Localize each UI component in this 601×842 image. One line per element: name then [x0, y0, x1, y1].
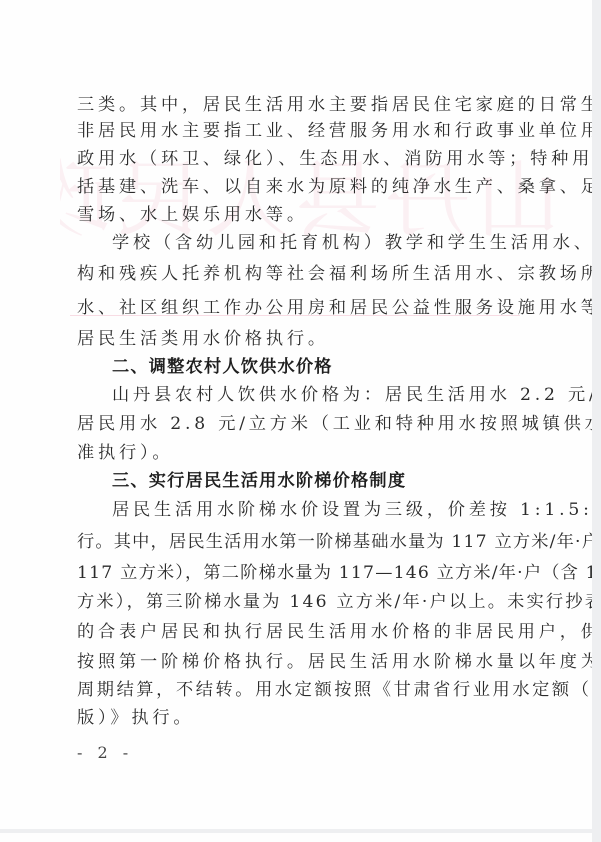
next-page-edge [0, 833, 592, 842]
paragraph-line: 三类。其中，居民生活用水主要指居民住宅家庭的日常生活用水； [77, 94, 519, 116]
paragraph-line: 准执行）。 [77, 442, 519, 464]
paragraph-line: 非居民用水主要指工业、经营服务用水和行政事业单位用水、市 [77, 120, 519, 142]
paragraph-line: 政用水（环卫、绿化）、生态用水、消防用水等；特种用水主要包 [77, 148, 519, 170]
paragraph-line: 117 立方米），第二阶梯水量为 117—146 立方米/年·户（含 146 立 [77, 562, 519, 584]
paragraph-line: 居民用水 2.8 元/立方米（工业和特种用水按照城镇供水价格标 [77, 413, 519, 435]
section-heading-3: 三、实行居民生活用水阶梯价格制度 [112, 470, 519, 492]
section-heading-2: 二、调整农村人饮供水价格 [112, 356, 519, 378]
paragraph-line: 的合表户居民和执行居民生活用水价格的非居民用户，供水价格 [77, 621, 519, 643]
paragraph-line: 构和残疾人托养机构等社会福利场所生活用水、宗教场所生活用 [77, 263, 519, 285]
paragraph-line: 按照第一阶梯价格执行。居民生活用水阶梯水量以年度为缴费 [77, 651, 519, 673]
paragraph-line: 学校（含幼儿园和托育机构）教学和学生生活用水、养老机 [112, 232, 519, 254]
page-number: - 2 - [77, 742, 133, 764]
paragraph-line: 周期结算，不结转。用水定额按照《甘肃省行业用水定额（2023 [77, 679, 519, 701]
paragraph-line: 山丹县农村人饮供水价格为：居民生活用水 2.2 元/立方米，非 [112, 384, 519, 406]
paragraph-line: 居民生活用水阶梯水价设置为三级，价差按 1:1.5:3 的比例执 [112, 499, 519, 521]
paragraph-line: 括基建、洗车、以自来水为原料的纯净水生产、桑拿、足浴、滑 [77, 176, 519, 198]
paragraph-line: 版）》执行。 [77, 707, 519, 729]
paragraph-line: 水、社区组织工作办公用房和居民公益性服务设施用水等，按照 [77, 297, 519, 319]
paragraph-line: 居民生活类用水价格执行。 [77, 328, 519, 350]
viewer-scrollbar-track[interactable] [592, 0, 601, 842]
paragraph-line: 雪场、水上娱乐用水等。 [77, 204, 519, 226]
paragraph-line: 方米），第三阶梯水量为 146 立方米/年·户以上。未实行抄表到户 [77, 591, 519, 613]
paragraph-line: 行。其中，居民生活用水第一阶梯基础水量为 117 立方米/年·户（含 [77, 531, 519, 553]
document-page: 山丹县人民政府 三类。其中，居民生活用水主要指居民住宅家庭的日常生活用水； 非居… [0, 0, 592, 829]
